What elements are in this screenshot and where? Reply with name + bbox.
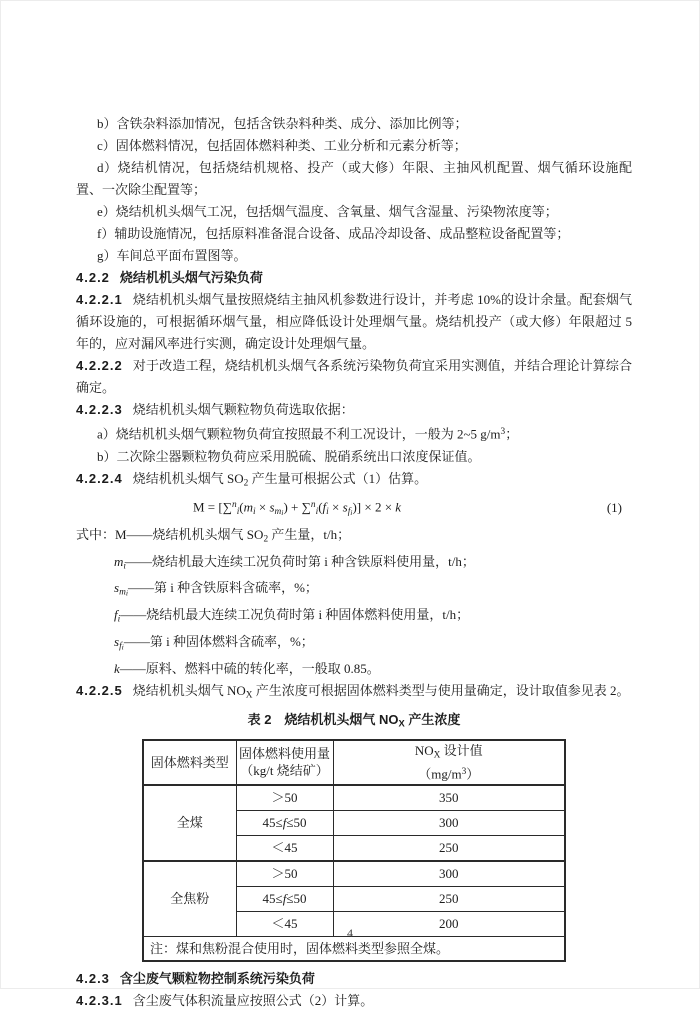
- page-number: 4: [1, 922, 699, 944]
- header-line-1: 固体燃料使用量: [239, 745, 331, 762]
- where-item-fi: fi——烧结机最大连续工况负荷时第 i 种固体燃料使用量，t/h；: [76, 604, 632, 630]
- clause-4-2-2-1: 4.2.2.1烧结机机头烟气量按照烧结主抽风机参数进行设计，并考虑 10%的设计…: [76, 289, 632, 355]
- formula-number: (1): [607, 497, 632, 519]
- cell-usage: 45≤f≤50: [236, 886, 333, 911]
- where-item-mi: mi——烧结机最大连续工况负荷时第 i 种含铁原料使用量，t/h；: [76, 551, 632, 577]
- clause-number: 4.2.3.1: [76, 993, 123, 1008]
- list-item-b: b）含铁杂料添加情况，包括含铁杂料种类、成分、添加比例等；: [76, 113, 632, 135]
- header-fuel-usage: 固体燃料使用量 （kg/t 烧结矿）: [236, 740, 333, 785]
- clause-4-2-2-2: 4.2.2.2对于改造工程，烧结机机头烟气各系统污染物负荷宜采用实测值，并结合理…: [76, 355, 632, 399]
- cell-value: 250: [333, 835, 565, 861]
- header-line-1: NOX 设计值: [336, 742, 563, 764]
- heading-text: 烧结机机头烟气污染负荷: [120, 270, 263, 285]
- clause-number: 4.2.2.5: [76, 683, 123, 698]
- clause-number: 4.2.2.4: [76, 471, 123, 486]
- clause-4-2-2-5: 4.2.2.5烧结机机头烟气 NOX 产生浓度可根据固体燃料类型与使用量确定，设…: [76, 680, 632, 706]
- table-2-title: 表 2 烧结机机头烟气 NOX 产生浓度: [76, 709, 632, 734]
- where-item-smi: smi——第 i 种含铁原料含硫率，%；: [76, 577, 632, 605]
- header-line-2: （mg/m3）: [336, 764, 563, 783]
- clause-text: 含尘废气体积流量应按照公式（2）计算。: [133, 993, 374, 1008]
- header-fuel-type: 固体燃料类型: [143, 740, 236, 785]
- list-item-c: c）固体燃料情况，包括固体燃料种类、工业分析和元素分析等；: [76, 135, 632, 157]
- header-nox-design-value: NOX 设计值 （mg/m3）: [333, 740, 565, 785]
- list-item-d: d）烧结机情况，包括烧结机规格、投产（或大修）年限、主抽风机配置、烟气循环设施配…: [76, 157, 632, 201]
- where-item-sfi: sfi——第 i 种固体燃料含硫率，%；: [76, 631, 632, 659]
- table-row: 全煤 ＞50 350: [143, 785, 565, 811]
- list-item-a: a）烧结机机头烟气颗粒物负荷宜按照最不利工况设计，一般为 2~5 g/m3；: [76, 421, 632, 446]
- table-header-row: 固体燃料类型 固体燃料使用量 （kg/t 烧结矿） NOX 设计值 （mg/m3…: [143, 740, 565, 785]
- clause-text: 烧结机机头烟气量按照烧结主抽风机参数进行设计，并考虑 10%的设计余量。配套烟气…: [76, 292, 632, 351]
- cell-value: 250: [333, 886, 565, 911]
- heading-text: 含尘废气颗粒物控制系统污染负荷: [120, 971, 315, 986]
- cell-value: 300: [333, 861, 565, 887]
- clause-number: 4.2.2.2: [76, 358, 123, 373]
- clause-number: 4.2.3: [76, 971, 110, 986]
- section-heading-4-2-3: 4.2.3含尘废气颗粒物控制系统污染负荷: [76, 968, 632, 990]
- cell-value: 350: [333, 785, 565, 811]
- formula-expression: M = [∑ni(mi × smi) + ∑ni(fi × sfi)] × 2 …: [193, 494, 401, 524]
- clause-number: 4.2.2: [76, 270, 110, 285]
- clause-text: 对于改造工程，烧结机机头烟气各系统污染物负荷宜采用实测值，并结合理论计算综合确定…: [76, 358, 632, 395]
- document-page: b）含铁杂料添加情况，包括含铁杂料种类、成分、添加比例等； c）固体燃料情况，包…: [0, 0, 700, 989]
- list-item-g: g）车间总平面布置图等。: [76, 245, 632, 267]
- cell-usage: ＞50: [236, 785, 333, 811]
- clause-text: 烧结机机头烟气 NOX 产生浓度可根据固体燃料类型与使用量确定，设计取值参见表 …: [133, 683, 630, 698]
- cell-usage: ＞50: [236, 861, 333, 887]
- cell-usage: 45≤f≤50: [236, 810, 333, 835]
- cell-value: 300: [333, 810, 565, 835]
- clause-4-2-2-3: 4.2.2.3烧结机机头烟气颗粒物负荷选取依据：: [76, 399, 632, 421]
- clause-4-2-3-1: 4.2.3.1含尘废气体积流量应按照公式（2）计算。: [76, 990, 632, 1012]
- formula-1: M = [∑ni(mi × smi) + ∑ni(fi × sfi)] × 2 …: [76, 494, 632, 524]
- where-item-k: k——原料、燃料中硫的转化率，一般取 0.85。: [76, 658, 632, 680]
- header-line-2: （kg/t 烧结矿）: [239, 762, 331, 779]
- cell-usage: ＜45: [236, 835, 333, 861]
- cell-fuel-type-coal: 全煤: [143, 785, 236, 861]
- list-item-f: f）辅助设施情况，包括原料准备混合设备、成品冷却设备、成品整粒设备配置等；: [76, 223, 632, 245]
- clause-text: 烧结机机头烟气颗粒物负荷选取依据：: [133, 402, 354, 417]
- section-heading-4-2-2: 4.2.2烧结机机头烟气污染负荷: [76, 267, 632, 289]
- where-clause-lead: 式中：M——烧结机机头烟气 SO2 产生量，t/h；: [76, 524, 632, 550]
- clause-number: 4.2.2.3: [76, 402, 123, 417]
- clause-text: 烧结机机头烟气 SO2 产生量可根据公式（1）估算。: [133, 471, 427, 486]
- clause-number: 4.2.2.1: [76, 292, 123, 307]
- list-item-e: e）烧结机机头烟气工况，包括烟气温度、含氧量、烟气含湿量、污染物浓度等；: [76, 201, 632, 223]
- clause-4-2-2-4: 4.2.2.4烧结机机头烟气 SO2 产生量可根据公式（1）估算。: [76, 468, 632, 494]
- table-row: 全焦粉 ＞50 300: [143, 861, 565, 887]
- list-item-b2: b）二次除尘器颗粒物负荷应采用脱硫、脱硝系统出口浓度保证值。: [76, 446, 632, 468]
